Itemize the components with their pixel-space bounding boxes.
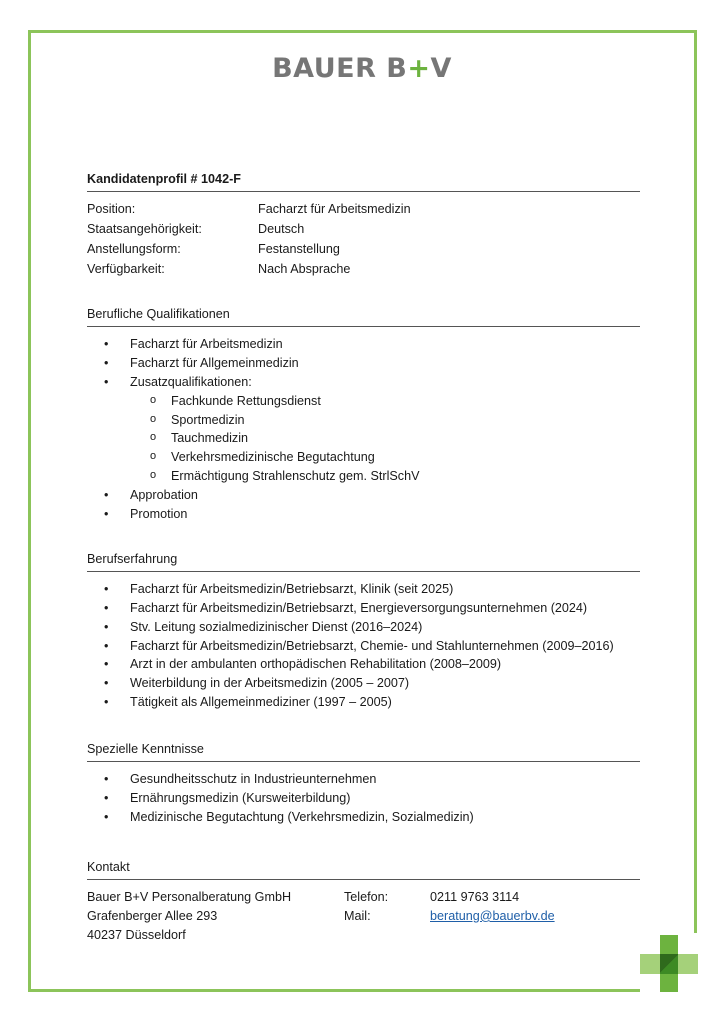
- contact-row-1: Bauer B+V Personalberatung GmbH Telefon:…: [87, 888, 640, 907]
- logo-text-left: BAUER B: [272, 53, 407, 84]
- field-value: Facharzt für Arbeitsmedizin: [258, 199, 411, 219]
- skills-title: Spezielle Kenntnisse: [87, 742, 640, 762]
- qualifications-list: Facharzt für Arbeitsmedizin Facharzt für…: [87, 335, 640, 524]
- list-item: Medizinische Begutachtung (Verkehrsmediz…: [87, 808, 640, 827]
- experience-title: Berufserfahrung: [87, 552, 640, 572]
- field-label: Position:: [87, 199, 258, 219]
- list-item: Facharzt für Arbeitsmedizin/Betriebsarzt…: [87, 637, 640, 656]
- field-employment-type: Anstellungsform: Festanstellung: [87, 239, 640, 259]
- sub-list-item: Verkehrsmedizinische Begutachtung: [87, 448, 640, 467]
- field-value: Festanstellung: [258, 239, 340, 259]
- list-item: Zusatzqualifikationen:: [87, 373, 640, 392]
- sub-list-item: Fachkunde Rettungsdienst: [87, 392, 640, 411]
- experience-list: Facharzt für Arbeitsmedizin/Betriebsarzt…: [87, 580, 640, 712]
- profile-fields: Position: Facharzt für Arbeitsmedizin St…: [87, 199, 640, 279]
- list-item: Facharzt für Arbeitsmedizin/Betriebsarzt…: [87, 599, 640, 618]
- field-label: Verfügbarkeit:: [87, 259, 258, 279]
- profile-title: Kandidatenprofil # 1042-F: [87, 172, 640, 192]
- email-link[interactable]: beratung@bauerbv.de: [430, 907, 555, 926]
- sub-list-item: Ermächtigung Strahlenschutz gem. StrlSch…: [87, 467, 640, 486]
- logo-text-right: V: [431, 53, 452, 84]
- field-value: Nach Absprache: [258, 259, 350, 279]
- list-item: Stv. Leitung sozialmedizinischer Dienst …: [87, 618, 640, 637]
- contact-company: Bauer B+V Personalberatung GmbH: [87, 888, 344, 907]
- contact-street: Grafenberger Allee 293: [87, 907, 344, 926]
- list-item: Weiterbildung in der Arbeitsmedizin (200…: [87, 674, 640, 693]
- skills-list: Gesundheitsschutz in Industrieunternehme…: [87, 770, 640, 827]
- list-item: Ernährungsmedizin (Kursweiterbildung): [87, 789, 640, 808]
- company-logo: BAUER B+V: [0, 53, 724, 84]
- field-label: Staatsangehörigkeit:: [87, 219, 258, 239]
- cross-center: [660, 954, 678, 974]
- page-frame-top: [28, 30, 697, 33]
- list-item: Tätigkeit als Allgemeinmediziner (1997 –…: [87, 693, 640, 712]
- field-label: Anstellungsform:: [87, 239, 258, 259]
- page-frame-left: [28, 30, 31, 992]
- mail-label: Mail:: [344, 907, 430, 926]
- qualifications-title: Berufliche Qualifikationen: [87, 307, 640, 327]
- sub-list-item: Tauchmedizin: [87, 429, 640, 448]
- logo-plus-icon: +: [407, 53, 430, 84]
- field-value: Deutsch: [258, 219, 304, 239]
- contact-block: Bauer B+V Personalberatung GmbH Telefon:…: [87, 888, 640, 945]
- contact-row-2: Grafenberger Allee 293 Mail: beratung@ba…: [87, 907, 640, 926]
- contact-city: 40237 Düsseldorf: [87, 926, 344, 945]
- list-item: Arzt in der ambulanten orthopädischen Re…: [87, 655, 640, 674]
- list-item: Approbation: [87, 486, 640, 505]
- list-item: Facharzt für Allgemeinmedizin: [87, 354, 640, 373]
- field-availability: Verfügbarkeit: Nach Absprache: [87, 259, 640, 279]
- phone-number: 0211 9763 3114: [430, 888, 519, 907]
- list-item: Gesundheitsschutz in Industrieunternehme…: [87, 770, 640, 789]
- list-item: Facharzt für Arbeitsmedizin/Betriebsarzt…: [87, 580, 640, 599]
- page-frame-right: [694, 30, 697, 933]
- field-position: Position: Facharzt für Arbeitsmedizin: [87, 199, 640, 219]
- list-item: Facharzt für Arbeitsmedizin: [87, 335, 640, 354]
- contact-title: Kontakt: [87, 860, 640, 880]
- page-frame-bottom: [28, 989, 640, 992]
- field-nationality: Staatsangehörigkeit: Deutsch: [87, 219, 640, 239]
- list-item: Promotion: [87, 505, 640, 524]
- sub-list-item: Sportmedizin: [87, 411, 640, 430]
- phone-label: Telefon:: [344, 888, 430, 907]
- contact-row-3: 40237 Düsseldorf: [87, 926, 640, 945]
- document-body: Kandidatenprofil # 1042-F Position: Fach…: [87, 172, 640, 945]
